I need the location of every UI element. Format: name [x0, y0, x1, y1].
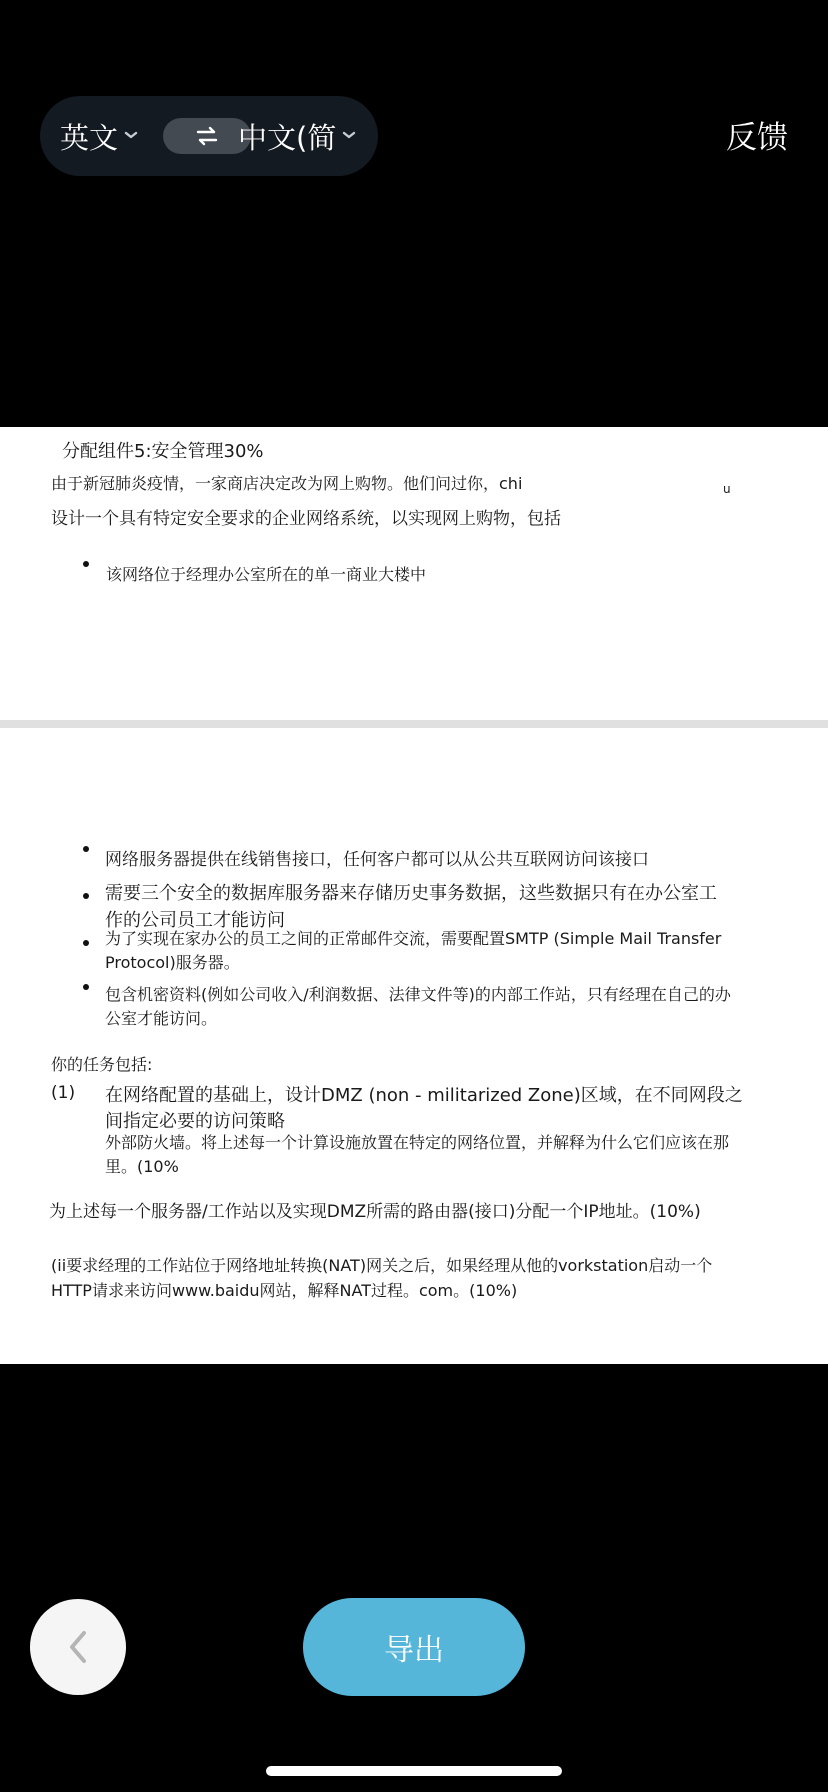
bullet-item: 包含机密资料(例如公司收入/利润数据、法律文件等)的内部工作站，只有经理在自己的… — [105, 982, 731, 1005]
bullet-item: 为了实现在家办公的员工之间的正常邮件交流，需要配置SMTP (Simple Ma… — [105, 926, 721, 949]
page-divider — [0, 720, 828, 728]
feedback-button[interactable]: 反馈 — [726, 112, 788, 157]
bullet-dot — [83, 984, 89, 990]
language-selector-bar: 英文 中文(简 — [40, 96, 378, 176]
task-1-line: 在网络配置的基础上，设计DMZ (non - militarized Zone)… — [105, 1081, 743, 1107]
bullet-dot — [83, 846, 89, 852]
target-language-label: 中文(简 — [238, 116, 336, 157]
translated-page-1: 分配组件5:安全管理30% 由于新冠肺炎疫情，一家商店决定改为网上购物。他们问过… — [0, 427, 828, 720]
tasks-heading: 你的任务包括: — [51, 1052, 152, 1075]
export-button[interactable]: 导出 — [303, 1598, 525, 1696]
translated-page-2: 网络服务器提供在线销售接口，任何客户都可以从公共互联网访问该接口 需要三个安全的… — [0, 728, 828, 1364]
target-language-dropdown[interactable]: 中文(简 — [238, 96, 356, 176]
chevron-down-icon — [342, 128, 356, 142]
task-3-line: (ii要求经理的工作站位于网络地址转换(NAT)网关之后，如果经理从他的vork… — [51, 1253, 712, 1276]
bullet-item: 该网络位于经理办公室所在的单一商业大楼中 — [106, 562, 426, 585]
intro-line-2: 设计一个具有特定安全要求的企业网络系统，以实现网上购物，包括 — [51, 504, 561, 529]
bullet-dot — [83, 561, 89, 567]
bullet-dot — [83, 893, 89, 899]
bullet-dot — [83, 940, 89, 946]
chevron-left-icon — [64, 1627, 92, 1667]
back-button[interactable] — [30, 1599, 126, 1695]
task-1-subline: 外部防火墙。将上述每一个计算设施放置在特定的网络位置，并解释为什么它们应该在那 — [105, 1130, 729, 1153]
bullet-item: 需要三个安全的数据库服务器来存储历史事务数据，这些数据只有在办公室工 — [105, 879, 717, 905]
bullet-item-continued: Protocol)服务器。 — [105, 950, 240, 973]
task-2-line: 为上述每一个服务器/工作站以及实现DMZ所需的路由器(接口)分配一个IP地址。(… — [49, 1197, 701, 1222]
task-1-subline: 里。(10% — [105, 1154, 179, 1177]
home-indicator[interactable] — [266, 1766, 562, 1776]
source-language-label: 英文 — [60, 116, 118, 157]
task-3-line: HTTP请求来访问www.baidu网站，解释NAT过程。com。(10%) — [51, 1278, 517, 1301]
task-number: (1) — [51, 1083, 75, 1103]
assignment-title: 分配组件5:安全管理30% — [62, 437, 264, 463]
bullet-item-continued: 公室才能访问。 — [105, 1006, 217, 1029]
intro-line-1: 由于新冠肺炎疫情，一家商店决定改为网上购物。他们问过你，chi — [51, 471, 522, 494]
chevron-down-icon — [124, 128, 138, 142]
bullet-item: 网络服务器提供在线销售接口，任何客户都可以从公共互联网访问该接口 — [105, 845, 649, 870]
swap-arrows-icon — [195, 125, 219, 147]
stray-character: u — [723, 482, 731, 496]
source-language-dropdown[interactable]: 英文 — [60, 96, 138, 176]
